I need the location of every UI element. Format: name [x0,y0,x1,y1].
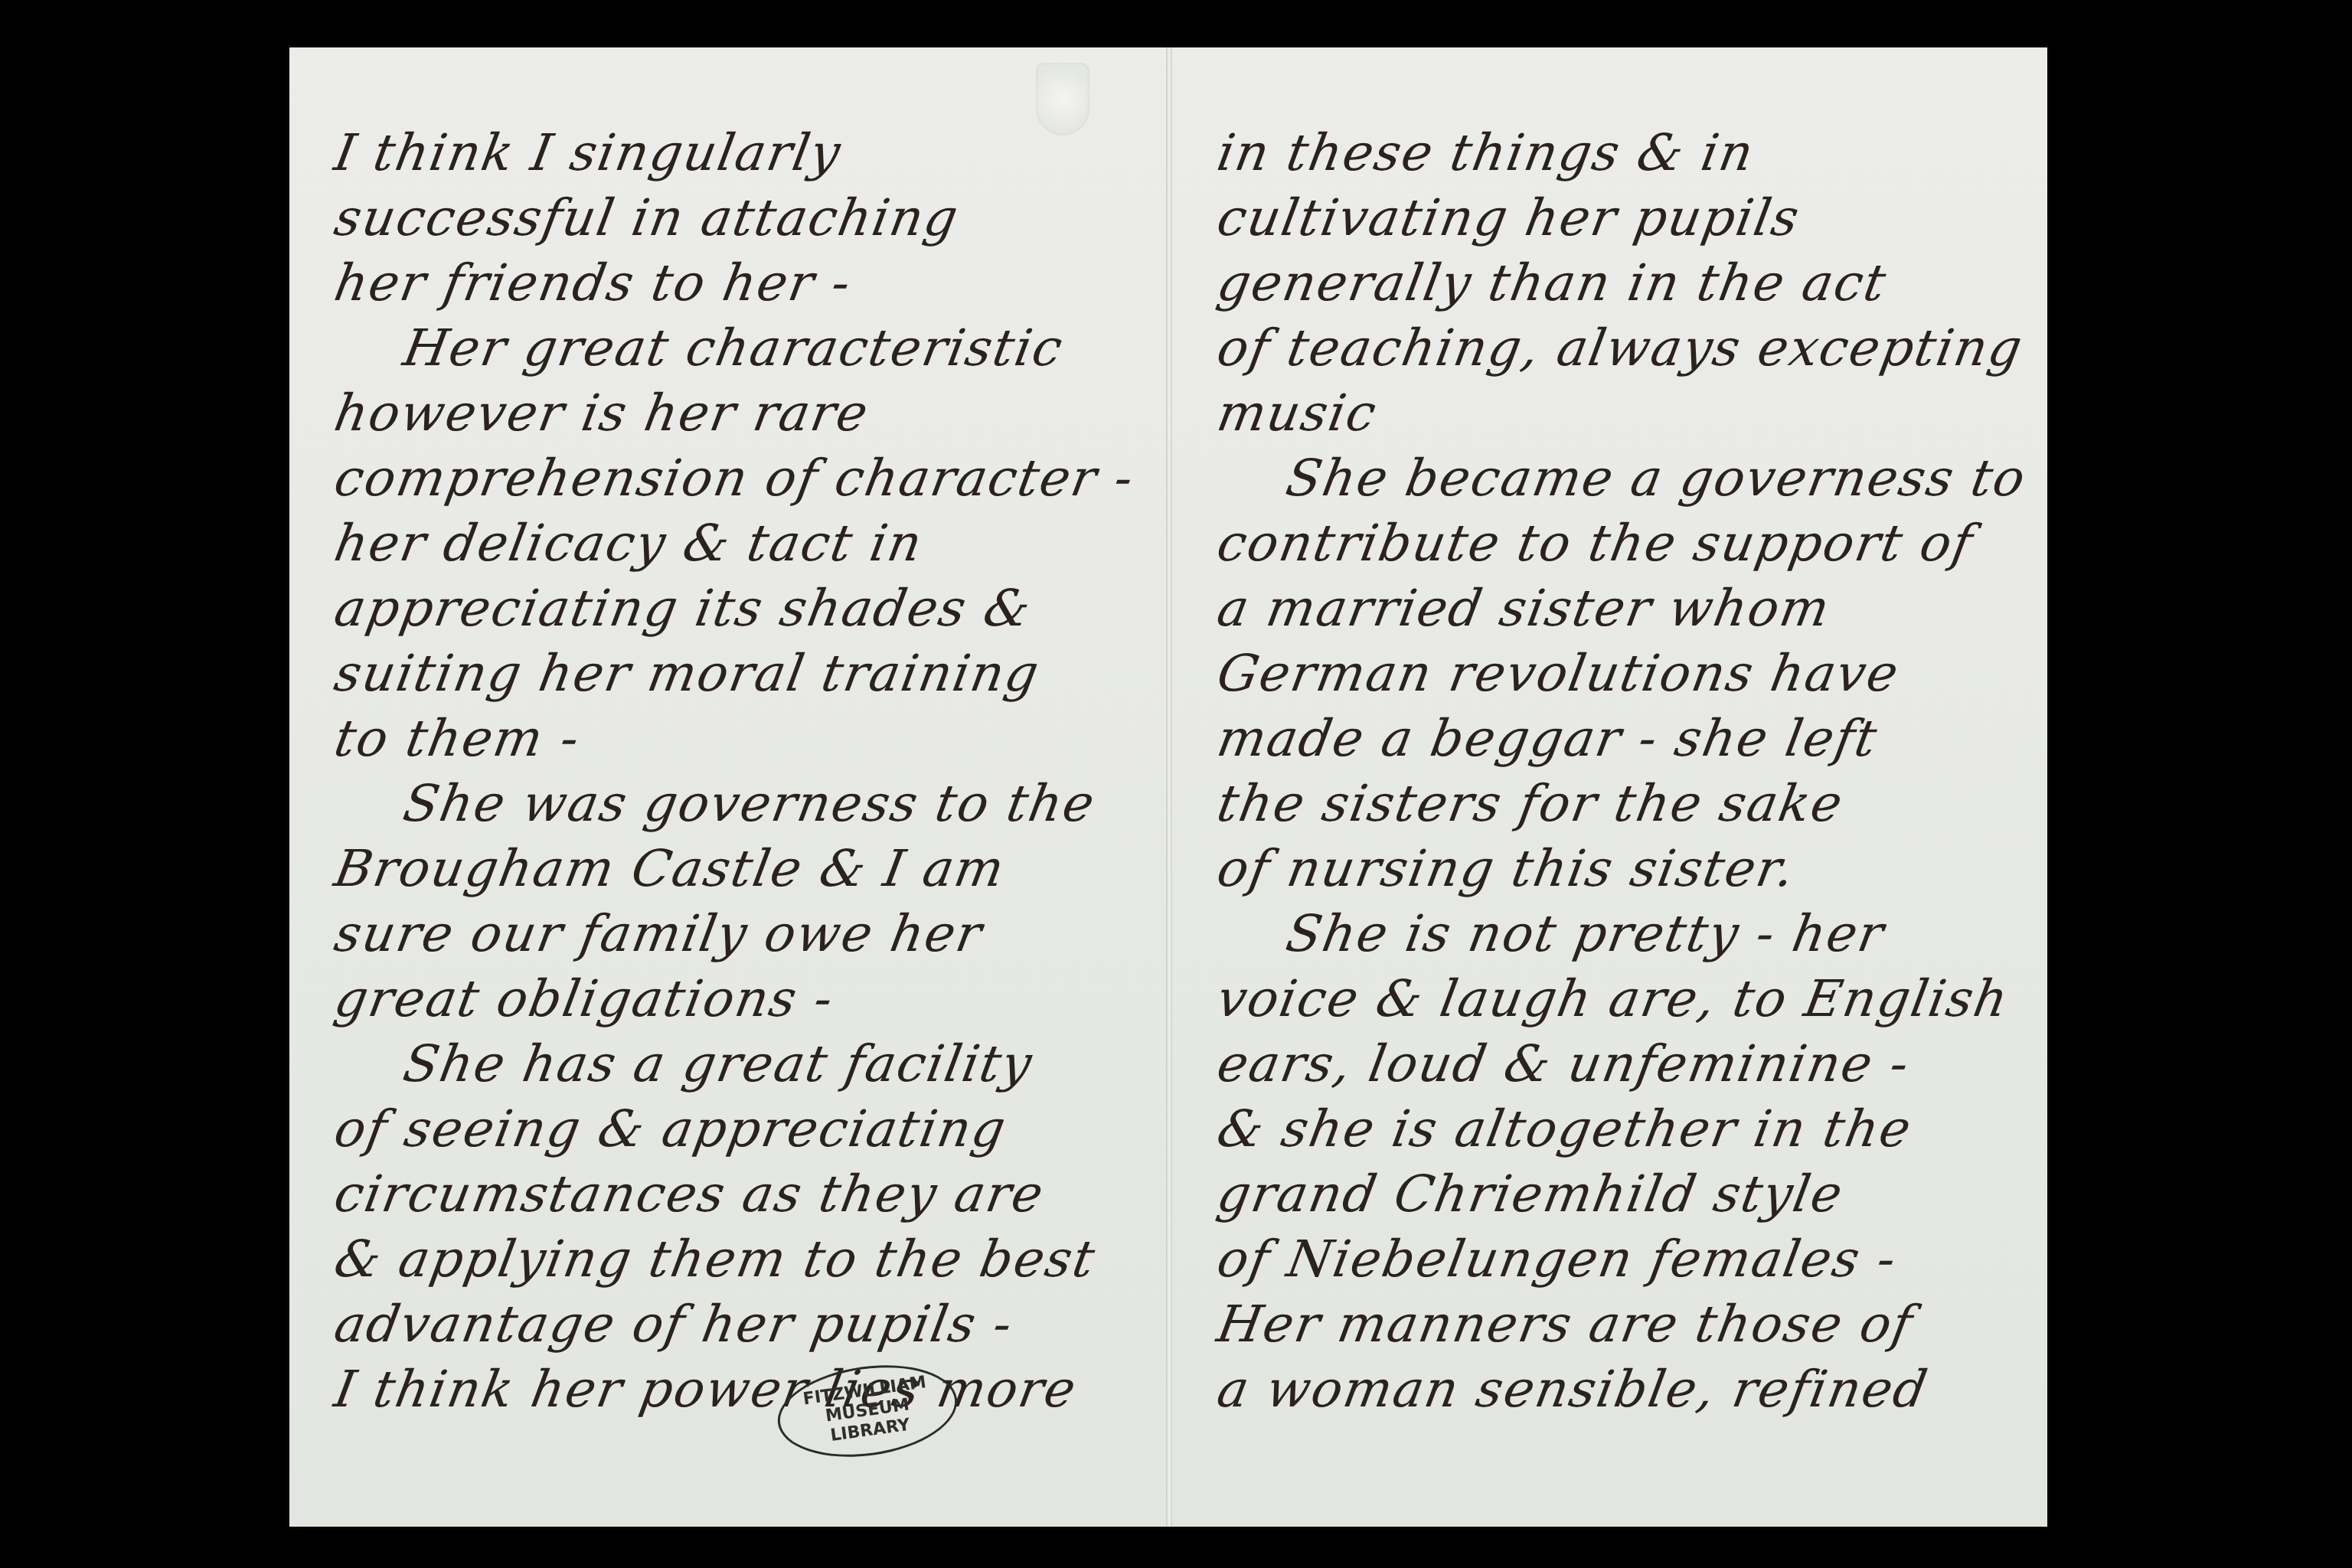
text-line: of Niebelungen females - [1213,1227,2023,1292]
text-line: She is not pretty - her [1213,901,2023,966]
text-line: German revolutions have [1213,641,2023,706]
text-line: She has a great facility [330,1031,1142,1096]
text-line: of seeing & appreciating [330,1096,1142,1161]
text-line: to them - [330,706,1142,771]
left-page-text: I think I singularly successful in attac… [335,120,1135,1422]
text-line: a married sister whom [1213,576,2023,641]
text-line: however is her rare [330,381,1142,446]
text-line: her friends to her - [330,250,1142,315]
right-page: in these things & in cultivating her pup… [1172,47,2047,1527]
letter-sheet: I think I singularly successful in attac… [289,47,2047,1527]
text-line: Brougham Castle & I am [330,836,1142,901]
text-line: contribute to the support of [1213,511,2023,576]
text-line: comprehension of character - [330,446,1142,511]
text-line: sure our family owe her [330,901,1142,966]
text-line: appreciating its shades & [330,576,1142,641]
text-line: She became a governess to [1213,446,2023,511]
text-line: great obligations - [330,966,1142,1031]
text-line: Her great characteristic [330,315,1142,381]
text-line: & she is altogether in the [1213,1096,2023,1161]
text-line: the sisters for the sake [1213,771,2023,836]
text-line: voice & laugh are, to English [1213,966,2023,1031]
text-line: I think her power lies more [330,1357,1142,1422]
text-line: a woman sensible, refined [1213,1357,2023,1422]
text-line: generally than in the act [1213,250,2023,315]
text-line: made a beggar - she left [1213,706,2023,771]
left-page: I think I singularly successful in attac… [289,47,1166,1527]
text-line: of teaching, always excepting [1213,315,2023,381]
text-line: suiting her moral training [330,641,1142,706]
page-fold [1166,47,1172,1527]
text-line: successful in attaching [330,185,1142,250]
text-line: I think I singularly [330,120,1142,185]
text-line: advantage of her pupils - [330,1292,1142,1357]
text-line: her delicacy & tact in [330,511,1142,576]
text-line: Her manners are those of [1213,1292,2023,1357]
text-line: in these things & in [1213,120,2023,185]
text-line: cultivating her pupils [1213,185,2023,250]
right-page-text: in these things & in cultivating her pup… [1218,120,2017,1422]
text-line: circumstances as they are [330,1161,1142,1227]
text-line: She was governess to the [330,771,1142,836]
text-line: & applying them to the best [330,1227,1142,1292]
text-line: of nursing this sister. [1213,836,2023,901]
text-line: ears, loud & unfeminine - [1213,1031,2023,1096]
text-line: music [1213,381,2023,446]
text-line: grand Chriemhild style [1213,1161,2023,1227]
